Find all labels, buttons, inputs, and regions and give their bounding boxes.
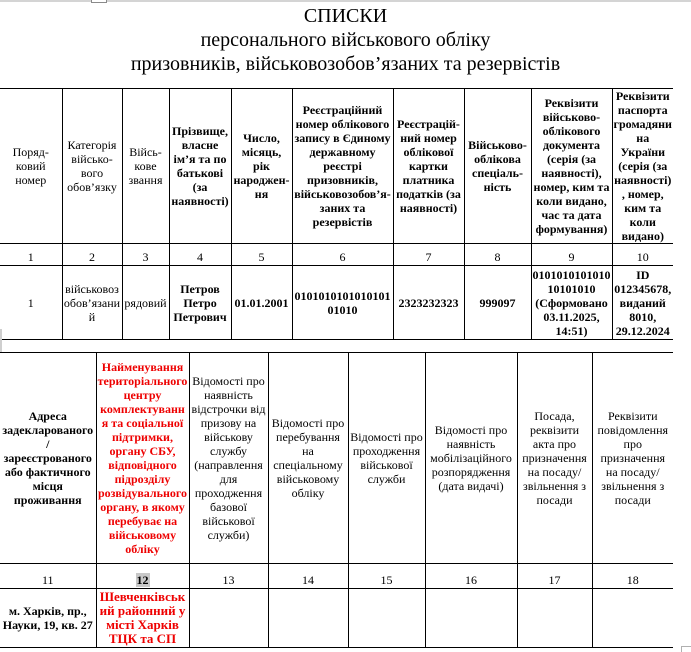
cell-position-act[interactable] [517,589,592,648]
cell-passport[interactable]: ID 012345678, виданий 8010, 29.12.2024 [612,266,673,340]
title-subtitle-1: персонального військового обліку [0,28,691,52]
header-birth-date: Число, місяць, рік народжен-ня [231,89,292,244]
cell-category[interactable]: військовозобов’язаний [62,266,122,340]
cell-order-number[interactable]: 1 [0,266,62,340]
col-num-15: 15 [348,564,425,589]
col-num-8: 8 [464,244,531,266]
header-passport: Реквізити паспорта громадянина України (… [612,89,673,244]
header-military-document: Реквізити військово-облікового документа… [531,89,612,244]
column-number-row: 1 2 3 4 5 6 7 8 9 10 [0,244,673,266]
col-num-14: 14 [268,564,348,589]
col-num-9: 9 [531,244,612,266]
cell-registration-center[interactable]: Шевченківський районний у місті Харків Т… [96,589,189,648]
column-number-row: 11 12 13 14 15 16 17 18 [0,564,673,589]
col-num-1: 1 [0,244,62,266]
header-position-act: Посада, реквізити акта про призначення н… [517,353,592,564]
col-num-18: 18 [592,564,673,589]
col-num-6: 6 [292,244,393,266]
table-row: 1 військовозобов’язаний рядовий Петров П… [0,266,673,340]
cell-military-document[interactable]: 010101010101010101010 (Сформовано 03.11.… [531,266,612,340]
document-title: СПИСКИ персонального військового обліку … [0,4,691,76]
header-special-registration: Відомості про перебування на спеціальном… [268,353,348,564]
cell-address[interactable]: м. Харків, пр., Науки, 19, кв. 27 [0,589,96,648]
col-num-4: 4 [169,244,231,266]
ruler-handle[interactable] [91,0,107,3]
cell-registry-number[interactable]: 010101010101010101010 [292,266,393,340]
table-row: м. Харків, пр., Науки, 19, кв. 27 Шевчен… [0,589,673,648]
col-num-12: 12 [96,564,189,589]
header-category: Категорія військо-вого обов’язку [62,89,122,244]
header-registration-center: Найменування територіального центру комп… [96,353,189,564]
cell-position-notice[interactable] [592,589,673,648]
cell-military-service[interactable] [348,589,425,648]
col-num-11: 11 [0,564,96,589]
header-rank: Війсь-кове звання [122,89,169,244]
title-main: СПИСКИ [0,4,691,28]
cell-rank[interactable]: рядовий [122,266,169,340]
cell-special-registration[interactable] [268,589,348,648]
header-specialty: Військово-облікова спеціаль-ність [464,89,531,244]
personnel-table-part-2: Адреса задекларованого / зареєстрованого… [0,352,673,648]
cell-birth-date[interactable]: 01.01.2001 [231,266,292,340]
header-registry-number: Реєстраційний номер облікового запису в … [292,89,393,244]
col-num-16: 16 [425,564,517,589]
header-row: Поряд-ковий номер Категорія військо-вого… [0,89,673,244]
header-deferment: Відомості про наявність відстрочки від п… [189,353,268,564]
header-tax-number: Реєстрацій-ний номер облікової картки пл… [393,89,464,244]
col-num-7: 7 [393,244,464,266]
cell-mobilization-order[interactable] [425,589,517,648]
personnel-table-part-1: Поряд-ковий номер Категорія військо-вого… [0,88,673,340]
header-military-service: Відомості про проходження військової слу… [348,353,425,564]
cell-deferment[interactable] [189,589,268,648]
cell-tax-number[interactable]: 2323232323 [393,266,464,340]
table-resize-handle[interactable] [681,646,691,652]
col-num-17: 17 [517,564,592,589]
selected-text[interactable]: 12 [136,573,150,587]
header-address: Адреса задекларованого / зареєстрованого… [0,353,96,564]
header-row: Адреса задекларованого / зареєстрованого… [0,353,673,564]
cell-full-name[interactable]: Петров Петро Петрович [169,266,231,340]
cell-specialty[interactable]: 999097 [464,266,531,340]
col-num-13: 13 [189,564,268,589]
col-num-5: 5 [231,244,292,266]
header-full-name: Прізвище, власне ім’я та по батькові (за… [169,89,231,244]
header-position-notice: Реквізити повідомлення про призначення н… [592,353,673,564]
col-num-3: 3 [122,244,169,266]
header-order-number: Поряд-ковий номер [0,89,62,244]
header-mobilization-order: Відомості про наявність мобілізаційного … [425,353,517,564]
title-subtitle-2: призовників, військовозобов’язаних та ре… [0,52,691,76]
section-break-marker [0,329,2,352]
col-num-2: 2 [62,244,122,266]
col-num-10: 10 [612,244,673,266]
